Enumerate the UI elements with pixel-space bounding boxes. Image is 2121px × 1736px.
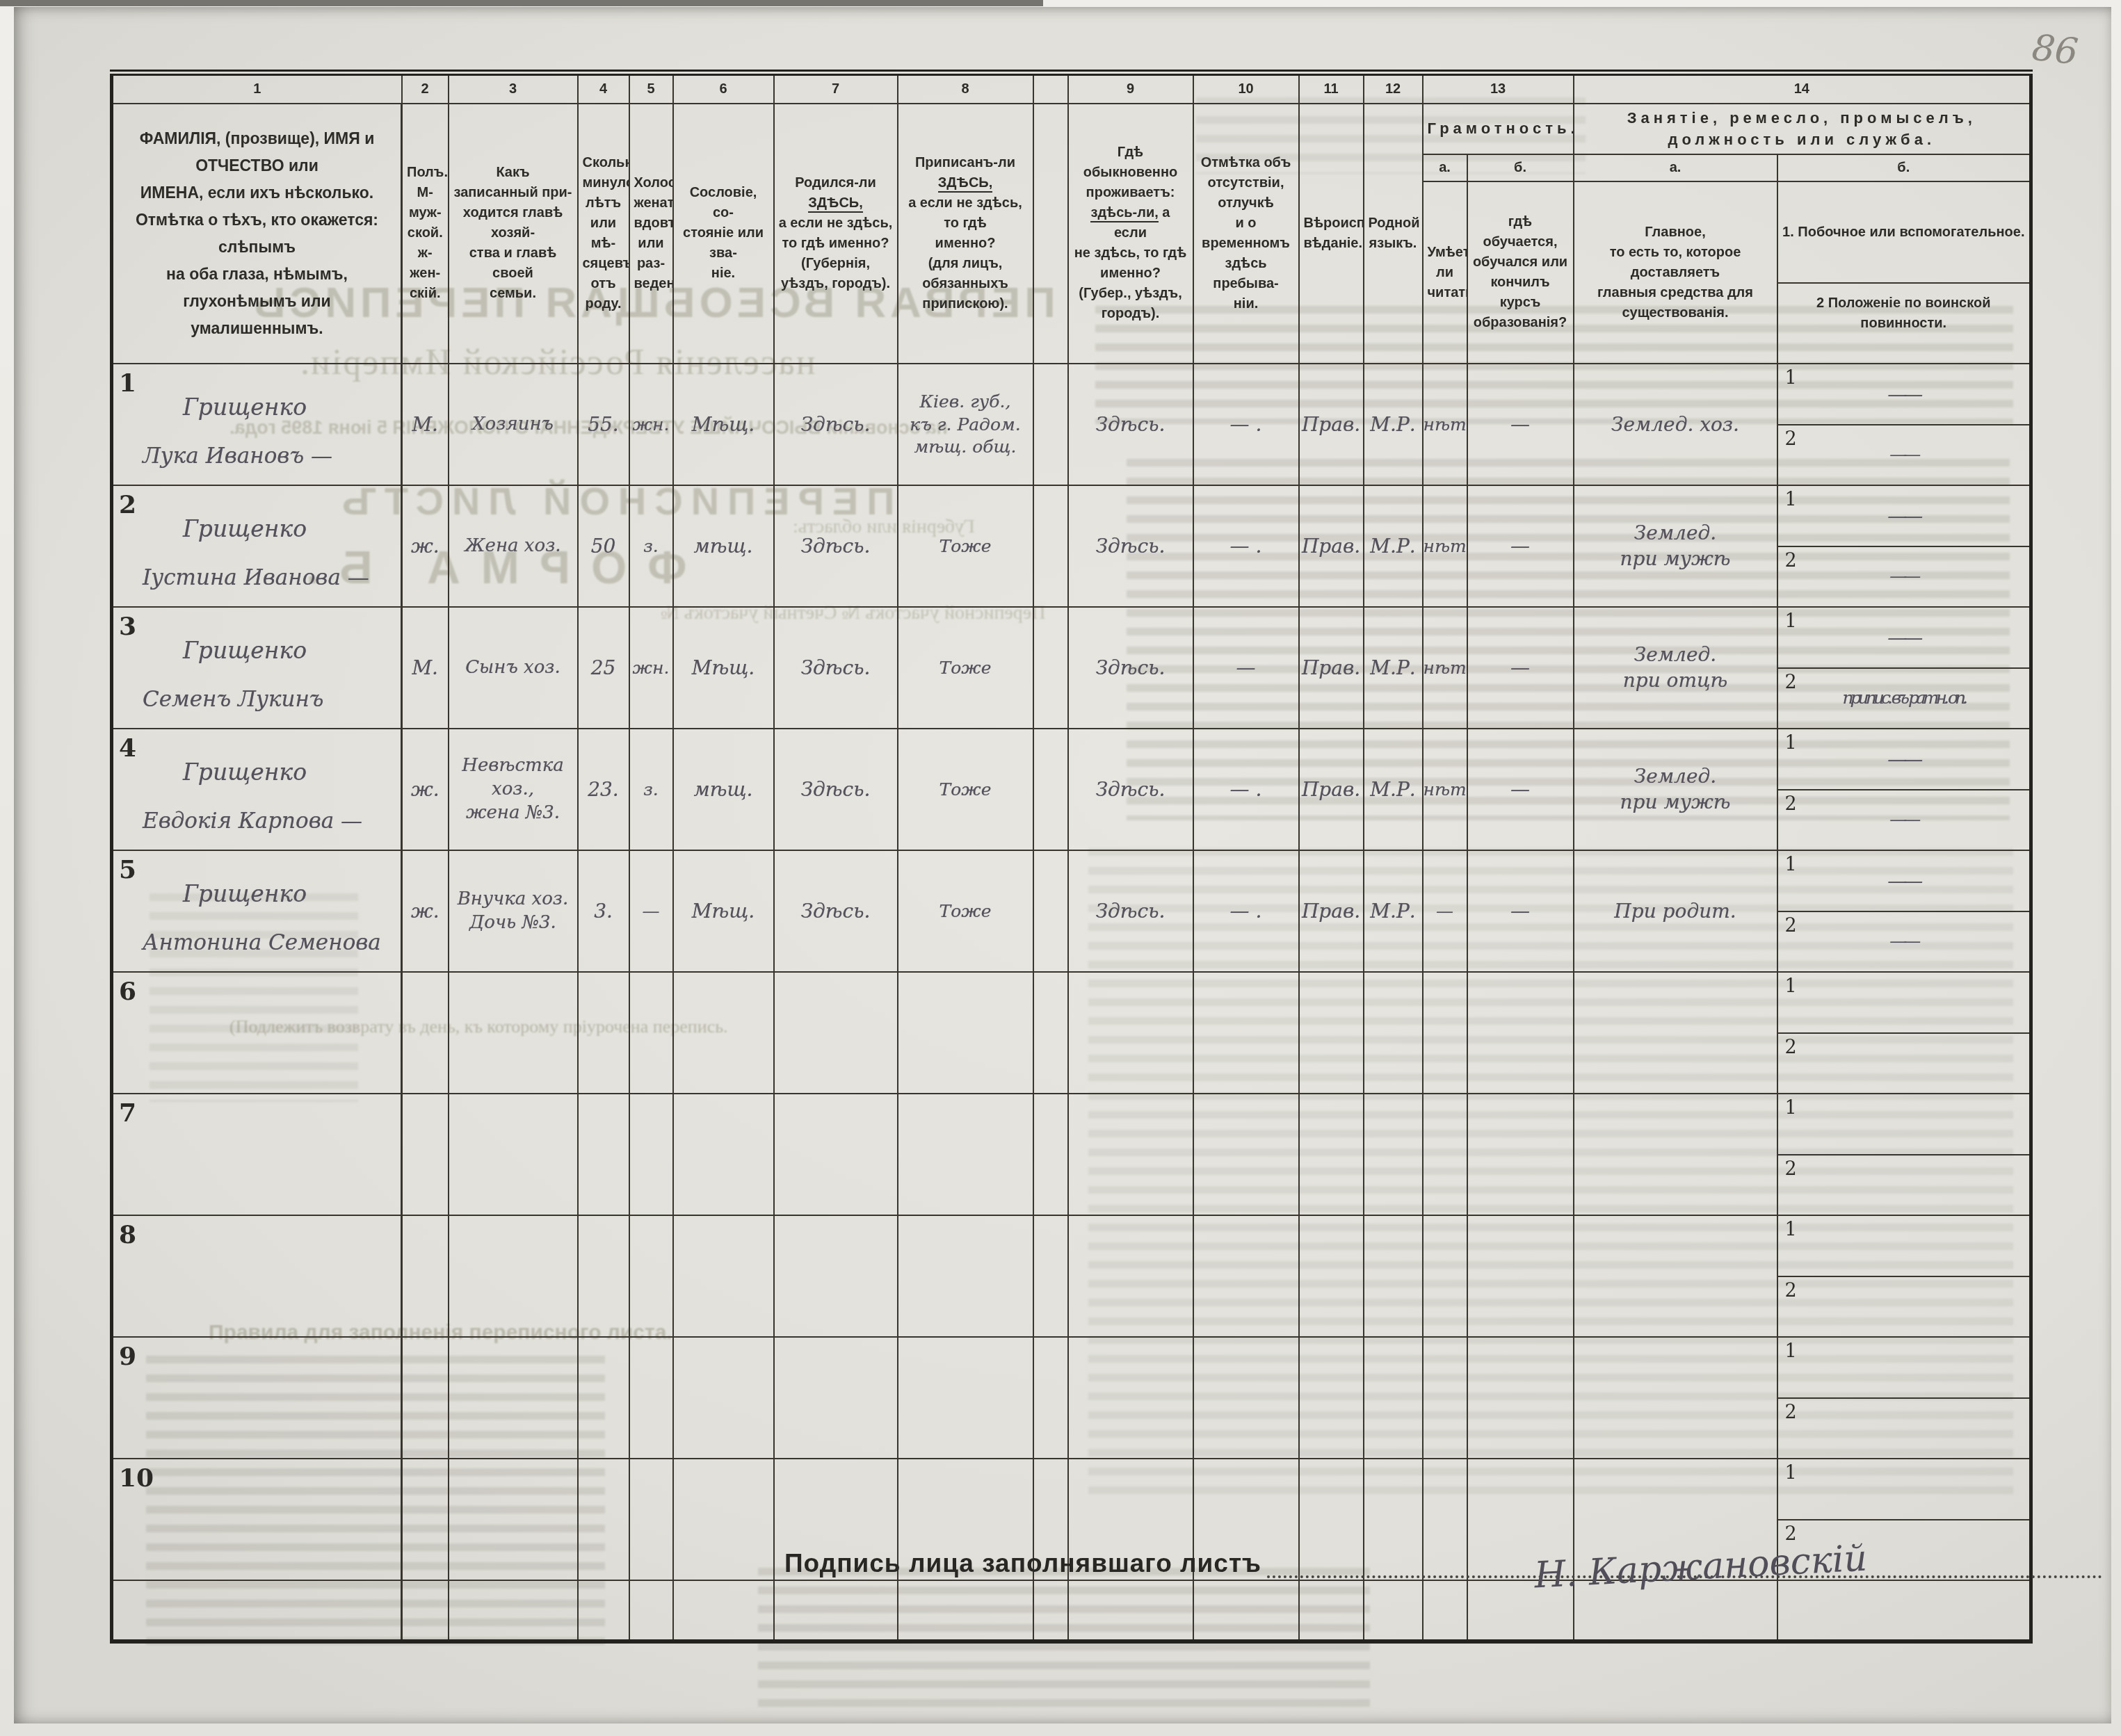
header-marital: Холостъ, женатъ, вдовъ или раз- веденъ. — [629, 104, 673, 364]
cell-occupation — [1574, 1215, 1777, 1337]
cell-sex: ж. — [402, 729, 449, 850]
cell-absence — [1193, 1337, 1299, 1459]
cell-occupation-side: 1 —— 2 —— — [1777, 485, 2031, 607]
printed-sub-two: 2 — [1785, 428, 1797, 450]
cell-name: 6 — [112, 972, 402, 1094]
header-literacy-b: б. — [1467, 154, 1574, 181]
cell-language: М.Р. — [1364, 364, 1423, 485]
handwritten-surname: Грищенко — [183, 758, 401, 788]
handwritten-dash — [1778, 973, 2030, 991]
cell-residence — [1068, 1094, 1193, 1215]
cell-birthplace — [774, 1337, 898, 1459]
cell-sex: ж. — [402, 850, 449, 972]
cell-occupation — [1574, 972, 1777, 1094]
printed-sub-one: 1 — [1785, 854, 1797, 875]
cell-estate: мѣщ. — [673, 485, 774, 607]
header-occupation-b: б. — [1777, 154, 2031, 181]
cell-estate — [673, 1337, 774, 1459]
printed-sub-one: 1 — [1785, 732, 1797, 754]
cell-birthplace: Здѣсь. — [774, 850, 898, 972]
printed-sub-one: 1 — [1785, 1340, 1797, 1362]
cell-relation — [449, 1094, 578, 1215]
cell-language — [1364, 972, 1423, 1094]
cell-literacy-read — [1423, 1094, 1467, 1215]
cell-age — [578, 972, 629, 1094]
cell-occupation-side: 1 2 — [1777, 972, 2031, 1094]
cell-name: 8 — [112, 1215, 402, 1337]
printed-sub-two: 2 — [1785, 915, 1797, 936]
cell-age — [578, 1215, 629, 1337]
page-number: 86 — [2030, 27, 2080, 74]
census-table: 1 2 3 4 5 6 7 8 9 10 11 12 13 14 ФАМИЛІЯ… — [110, 70, 2033, 1644]
cell-marital: жн. — [629, 364, 673, 485]
cell-birthplace: Здѣсь. — [774, 729, 898, 850]
cell-estate: мѣщ. — [673, 729, 774, 850]
cell-birthplace — [774, 1094, 898, 1215]
row-number: 7 — [119, 1098, 136, 1128]
signature-row: Подпись лица заполнявшаго листъ Н. Каржа… — [784, 1545, 2102, 1578]
cell-religion: Прав. — [1299, 485, 1364, 607]
header-residence: Гдѣ обыкновенно проживаетъ: здѣсь-ли, а … — [1068, 104, 1193, 364]
cell-marital — [629, 972, 673, 1094]
cell-absence — [1193, 972, 1299, 1094]
cell-relation: Жена хоз. — [449, 485, 578, 607]
cell-sex — [402, 1215, 449, 1337]
cell-occupation: Землед. при мужѣ — [1574, 729, 1777, 850]
header-literacy-a: а. — [1423, 154, 1467, 181]
header-relation: Какъ записанный при- ходится главѣ хозяй… — [449, 104, 578, 364]
cell-estate: Мѣщ. — [673, 850, 774, 972]
cell-marital: жн. — [629, 607, 673, 729]
cell-language: М.Р. — [1364, 729, 1423, 850]
cell-marital — [629, 1459, 673, 1580]
cell-religion — [1299, 1215, 1364, 1337]
table-row: 8 1 2 — [112, 1215, 2031, 1337]
row-number: 4 — [119, 733, 136, 763]
cell-relation — [449, 1459, 578, 1580]
cell-marital: — — [629, 850, 673, 972]
table-row: 5 Грищенко Антонина Семенова ж. Внучка х… — [112, 850, 2031, 972]
cell-birthplace: Здѣсь. — [774, 485, 898, 607]
header-occupation-main: Главное, то есть то, которое доставляетъ… — [1574, 181, 1777, 364]
cell-language — [1364, 1337, 1423, 1459]
cell-literacy-where: — — [1467, 850, 1574, 972]
cell-absence — [1193, 1094, 1299, 1215]
cell-occupation: Землед. при отцѣ — [1574, 607, 1777, 729]
printed-sub-two: 2 — [1785, 1402, 1797, 1423]
cell-literacy-read: нѣтъ — [1423, 607, 1467, 729]
cell-gap — [1033, 485, 1068, 607]
cell-sex: ж. — [402, 485, 449, 607]
cell-literacy-where: — — [1467, 485, 1574, 607]
printed-sub-two: 2 — [1785, 1037, 1797, 1058]
cell-relation — [449, 972, 578, 1094]
cell-occupation: При родит. — [1574, 850, 1777, 972]
cell-religion — [1299, 1094, 1364, 1215]
cell-language: М.Р. — [1364, 485, 1423, 607]
cell-marital — [629, 1094, 673, 1215]
signature-label: Подпись лица заполнявшаго листъ — [784, 1549, 1261, 1578]
cell-age — [578, 1094, 629, 1215]
cell-residence: Здѣсь. — [1068, 607, 1193, 729]
cell-literacy-where — [1467, 1215, 1574, 1337]
cell-literacy-where: — — [1467, 729, 1574, 850]
cell-residence — [1068, 1337, 1193, 1459]
cell-gap — [1033, 972, 1068, 1094]
cell-gap — [1033, 850, 1068, 972]
printed-sub-two: 2 — [1785, 550, 1797, 571]
cell-registration: Тоже — [898, 729, 1033, 850]
handwritten-given-name: Семенъ Лукинъ — [143, 686, 401, 713]
cell-residence: Здѣсь. — [1068, 485, 1193, 607]
handwritten-surname: Грищенко — [183, 514, 401, 544]
table-row: 1 Грищенко Лука Ивановъ — М. Хозяинъ 55.… — [112, 364, 2031, 485]
row-number: 1 — [119, 368, 136, 398]
handwritten-dash: —— — [1778, 486, 2030, 529]
cell-registration: Тоже — [898, 607, 1033, 729]
cell-literacy-where — [1467, 1337, 1574, 1459]
cell-birthplace — [774, 972, 898, 1094]
cell-age — [578, 1337, 629, 1459]
table-row: 3 Грищенко Семенъ Лукинъ М. Сынъ хоз. 25… — [112, 607, 2031, 729]
cell-absence: — . — [1193, 850, 1299, 972]
header-occupation: Занятіе, ремесло, промыселъ, должность и… — [1574, 104, 2031, 155]
col-gap — [1033, 73, 1068, 104]
handwritten-dash: —— — [1778, 425, 2030, 467]
cell-name: 5 Грищенко Антонина Семенова — [112, 850, 402, 972]
table-body: 1 Грищенко Лука Ивановъ — М. Хозяинъ 55.… — [112, 364, 2031, 1580]
col-number: 4 — [578, 73, 629, 104]
cell-residence: Здѣсь. — [1068, 850, 1193, 972]
cell-occupation-side: 1 —— 2 припис. въ ратн. оп. — [1777, 607, 2031, 729]
header-literacy: Грамотность. — [1423, 104, 1574, 155]
cell-sex: М. — [402, 364, 449, 485]
cell-religion: Прав. — [1299, 850, 1364, 972]
printed-sub-two: 2 — [1785, 1280, 1797, 1301]
handwritten-surname: Грищенко — [183, 879, 401, 909]
cell-marital — [629, 1215, 673, 1337]
cell-relation: Хозяинъ — [449, 364, 578, 485]
table-row: 9 1 2 — [112, 1337, 2031, 1459]
table-row: 6 1 2 — [112, 972, 2031, 1094]
cell-sex — [402, 972, 449, 1094]
printed-sub-one: 1 — [1785, 1097, 1797, 1119]
col-number: 12 — [1364, 73, 1423, 104]
cell-relation: Сынъ хоз. — [449, 607, 578, 729]
cell-marital — [629, 1337, 673, 1459]
cell-occupation-side: 1 —— 2 —— — [1777, 850, 2031, 972]
cell-religion — [1299, 972, 1364, 1094]
header-absence: Отмѣтка объ отсутствіи, отлучкѣ и о врем… — [1193, 104, 1299, 364]
row-number: 6 — [119, 977, 136, 1006]
cell-estate — [673, 1215, 774, 1337]
cell-residence: Здѣсь. — [1068, 729, 1193, 850]
printed-sub-one: 1 — [1785, 610, 1797, 632]
handwritten-dash — [1778, 1399, 2030, 1417]
cell-age: 50 — [578, 485, 629, 607]
col-number: 2 — [402, 73, 449, 104]
cell-registration — [898, 1215, 1033, 1337]
footer-band — [112, 1580, 2031, 1641]
cell-name: 7 — [112, 1094, 402, 1215]
cell-estate: Мѣщ. — [673, 607, 774, 729]
cell-literacy-read: нѣтъ — [1423, 364, 1467, 485]
cell-residence — [1068, 972, 1193, 1094]
col-number: 3 — [449, 73, 578, 104]
cell-absence: — . — [1193, 364, 1299, 485]
handwritten-dash: —— — [1778, 912, 2030, 953]
cell-religion: Прав. — [1299, 364, 1364, 485]
cell-occupation: Землед. хоз. — [1574, 364, 1777, 485]
scan-edge — [0, 0, 1043, 6]
handwritten-dash: —— — [1778, 608, 2030, 651]
cell-estate: Мѣщ. — [673, 364, 774, 485]
cell-gap — [1033, 1094, 1068, 1215]
cell-estate — [673, 1094, 774, 1215]
cell-age: 23. — [578, 729, 629, 850]
cell-sex: М. — [402, 607, 449, 729]
cell-religion: Прав. — [1299, 607, 1364, 729]
cell-birthplace: Здѣсь. — [774, 364, 898, 485]
cell-registration — [898, 1337, 1033, 1459]
cell-age: 3. — [578, 850, 629, 972]
cell-name: 3 Грищенко Семенъ Лукинъ — [112, 607, 402, 729]
cell-name: 10 — [112, 1459, 402, 1580]
row-number: 3 — [119, 612, 136, 641]
handwritten-dash: припис. въ ратн. оп. — [1778, 669, 2030, 710]
table-row: 2 Грищенко Іустина Иванова — ж. Жена хоз… — [112, 485, 2031, 607]
cell-occupation — [1574, 1337, 1777, 1459]
printed-sub-two: 2 — [1785, 793, 1797, 815]
cell-age: 55. — [578, 364, 629, 485]
cell-literacy-read — [1423, 1215, 1467, 1337]
cell-literacy-read: нѣтъ — [1423, 485, 1467, 607]
handwritten-dash — [1778, 1338, 2030, 1356]
cell-literacy-read — [1423, 972, 1467, 1094]
col-number: 8 — [898, 73, 1033, 104]
table-row: 7 1 2 — [112, 1094, 2031, 1215]
cell-registration: Кіев. губ., къ г. Радом. мѣщ. общ. — [898, 364, 1033, 485]
handwritten-given-name: Антонина Семенова — [143, 929, 401, 957]
cell-language: М.Р. — [1364, 607, 1423, 729]
signature-dotted-line: Н. Каржановскій — [1267, 1545, 2102, 1578]
row-number: 5 — [119, 855, 136, 884]
cell-literacy-read: нѣтъ — [1423, 729, 1467, 850]
cell-language — [1364, 1094, 1423, 1215]
cell-occupation-side: 1 2 — [1777, 1337, 2031, 1459]
cell-absence: — . — [1193, 485, 1299, 607]
handwritten-dash — [1778, 1520, 2030, 1539]
cell-residence: Здѣсь. — [1068, 364, 1193, 485]
header-religion: Вѣроиспо- вѣданіе. — [1299, 104, 1364, 364]
col-number: 14 — [1574, 73, 2031, 104]
cell-literacy-where: — — [1467, 364, 1574, 485]
handwritten-dash — [1778, 1094, 2030, 1112]
printed-sub-two: 2 — [1785, 1158, 1797, 1180]
cell-birthplace: Здѣсь. — [774, 607, 898, 729]
header-occupation-a: а. — [1574, 154, 1777, 181]
handwritten-dash: —— — [1778, 364, 2030, 407]
cell-gap — [1033, 364, 1068, 485]
col-number: 6 — [673, 73, 774, 104]
cell-occupation-side: 1 —— 2 —— — [1777, 364, 2031, 485]
cell-absence — [1193, 1215, 1299, 1337]
cell-literacy-read: — — [1423, 850, 1467, 972]
printed-sub-two: 2 — [1785, 672, 1797, 693]
cell-gap — [1033, 607, 1068, 729]
cell-occupation-side: 1 2 — [1777, 1094, 2031, 1215]
cell-literacy-read — [1423, 1337, 1467, 1459]
printed-sub-one: 1 — [1785, 1219, 1797, 1240]
cell-birthplace — [774, 1215, 898, 1337]
header-literacy-where: гдѣ обучается, обучался или кончилъ курс… — [1467, 181, 1574, 364]
handwritten-surname: Грищенко — [183, 393, 401, 423]
cell-estate — [673, 1459, 774, 1580]
row-number: 9 — [119, 1342, 136, 1371]
cell-gap — [1033, 1337, 1068, 1459]
handwritten-dash: —— — [1778, 729, 2030, 772]
printed-sub-one: 1 — [1785, 489, 1797, 510]
cell-estate — [673, 972, 774, 1094]
handwritten-dash: —— — [1778, 851, 2030, 894]
col-number: 1 — [112, 73, 402, 104]
cell-name: 1 Грищенко Лука Ивановъ — — [112, 364, 402, 485]
cell-residence — [1068, 1215, 1193, 1337]
handwritten-given-name: Іустина Иванова — — [143, 564, 401, 592]
header-gap — [1033, 104, 1068, 364]
cell-relation: Внучка хоз. Дочь №3. — [449, 850, 578, 972]
cell-name: 2 Грищенко Іустина Иванова — — [112, 485, 402, 607]
cell-absence: — — [1193, 607, 1299, 729]
header-literacy-read: Умѣетъ- ли читать? — [1423, 181, 1467, 364]
cell-sex — [402, 1094, 449, 1215]
col-number: 9 — [1068, 73, 1193, 104]
cell-occupation-side: 1 2 — [1777, 1215, 2031, 1337]
handwritten-dash — [1778, 1459, 2030, 1477]
header-birthplace: Родился-ли ЗДѢСЬ, а если не здѣсь, то гд… — [774, 104, 898, 364]
cell-age — [578, 1459, 629, 1580]
printed-sub-one: 1 — [1785, 367, 1797, 389]
header-sex: Полъ. М-муж- ской. ж-жен- скій. — [402, 104, 449, 364]
row-number: 2 — [119, 490, 136, 519]
header-age: Сколько минуло лѣтъ или мѣ- сяцевъ отъ р… — [578, 104, 629, 364]
header-estate: Сословіе, со- стояніе или зва- ніе. — [673, 104, 774, 364]
printed-sub-one: 1 — [1785, 975, 1797, 997]
cell-relation — [449, 1337, 578, 1459]
cell-name: 9 — [112, 1337, 402, 1459]
handwritten-given-name: Лука Ивановъ — — [143, 442, 401, 470]
cell-language — [1364, 1215, 1423, 1337]
header-registration: Приписанъ-ли ЗДѢСЬ, а если не здѣсь, то … — [898, 104, 1033, 364]
row-number: 8 — [119, 1220, 136, 1249]
cell-literacy-where — [1467, 1094, 1574, 1215]
cell-religion — [1299, 1337, 1364, 1459]
cell-occupation: Землед. при мужѣ — [1574, 485, 1777, 607]
header-language: Родной языкъ. — [1364, 104, 1423, 364]
cell-registration: Тоже — [898, 850, 1033, 972]
handwritten-dash — [1778, 1034, 2030, 1052]
cell-age: 25 — [578, 607, 629, 729]
header-occupation-side: 1. Побочное или вспомогательное. 2 Полож… — [1777, 181, 2031, 364]
cell-gap — [1033, 1215, 1068, 1337]
table-header: 1 2 3 4 5 6 7 8 9 10 11 12 13 14 ФАМИЛІЯ… — [112, 73, 2031, 364]
printed-sub-one: 1 — [1785, 1462, 1797, 1484]
cell-relation: Невѣстка хоз., жена №3. — [449, 729, 578, 850]
handwritten-dash — [1778, 1155, 2030, 1174]
cell-name: 4 Грищенко Евдокія Карпова — — [112, 729, 402, 850]
col-number: 5 — [629, 73, 673, 104]
cell-registration — [898, 1094, 1033, 1215]
cell-religion: Прав. — [1299, 729, 1364, 850]
cell-absence: — . — [1193, 729, 1299, 850]
handwritten-dash: —— — [1778, 547, 2030, 588]
handwritten-dash — [1778, 1277, 2030, 1295]
handwritten-dash — [1778, 1216, 2030, 1234]
cell-occupation — [1574, 1094, 1777, 1215]
col-number: 13 — [1423, 73, 1574, 104]
cell-literacy-where — [1467, 972, 1574, 1094]
cell-sex — [402, 1337, 449, 1459]
cell-literacy-where: — — [1467, 607, 1574, 729]
header-name: ФАМИЛІЯ, (прозвище), ИМЯ и ОТЧЕСТВО или … — [112, 104, 402, 364]
col-number: 10 — [1193, 73, 1299, 104]
handwritten-surname: Грищенко — [183, 636, 401, 666]
row-number: 10 — [119, 1463, 154, 1493]
cell-registration — [898, 972, 1033, 1094]
cell-gap — [1033, 729, 1068, 850]
cell-marital: з. — [629, 485, 673, 607]
cell-occupation-side: 1 —— 2 —— — [1777, 729, 2031, 850]
cell-relation — [449, 1215, 578, 1337]
scanned-census-sheet: ПЕРВАЯ ВСЕОБЩАЯ ПЕРЕПИСЬ населенія Россі… — [0, 0, 2121, 1736]
handwritten-dash: —— — [1778, 790, 2030, 832]
cell-marital: з. — [629, 729, 673, 850]
handwritten-given-name: Евдокія Карпова — — [143, 807, 401, 835]
cell-sex — [402, 1459, 449, 1580]
cell-language: М.Р. — [1364, 850, 1423, 972]
col-number: 11 — [1299, 73, 1364, 104]
table-row: 4 Грищенко Евдокія Карпова — ж. Невѣстка… — [112, 729, 2031, 850]
cell-registration: Тоже — [898, 485, 1033, 607]
col-number: 7 — [774, 73, 898, 104]
